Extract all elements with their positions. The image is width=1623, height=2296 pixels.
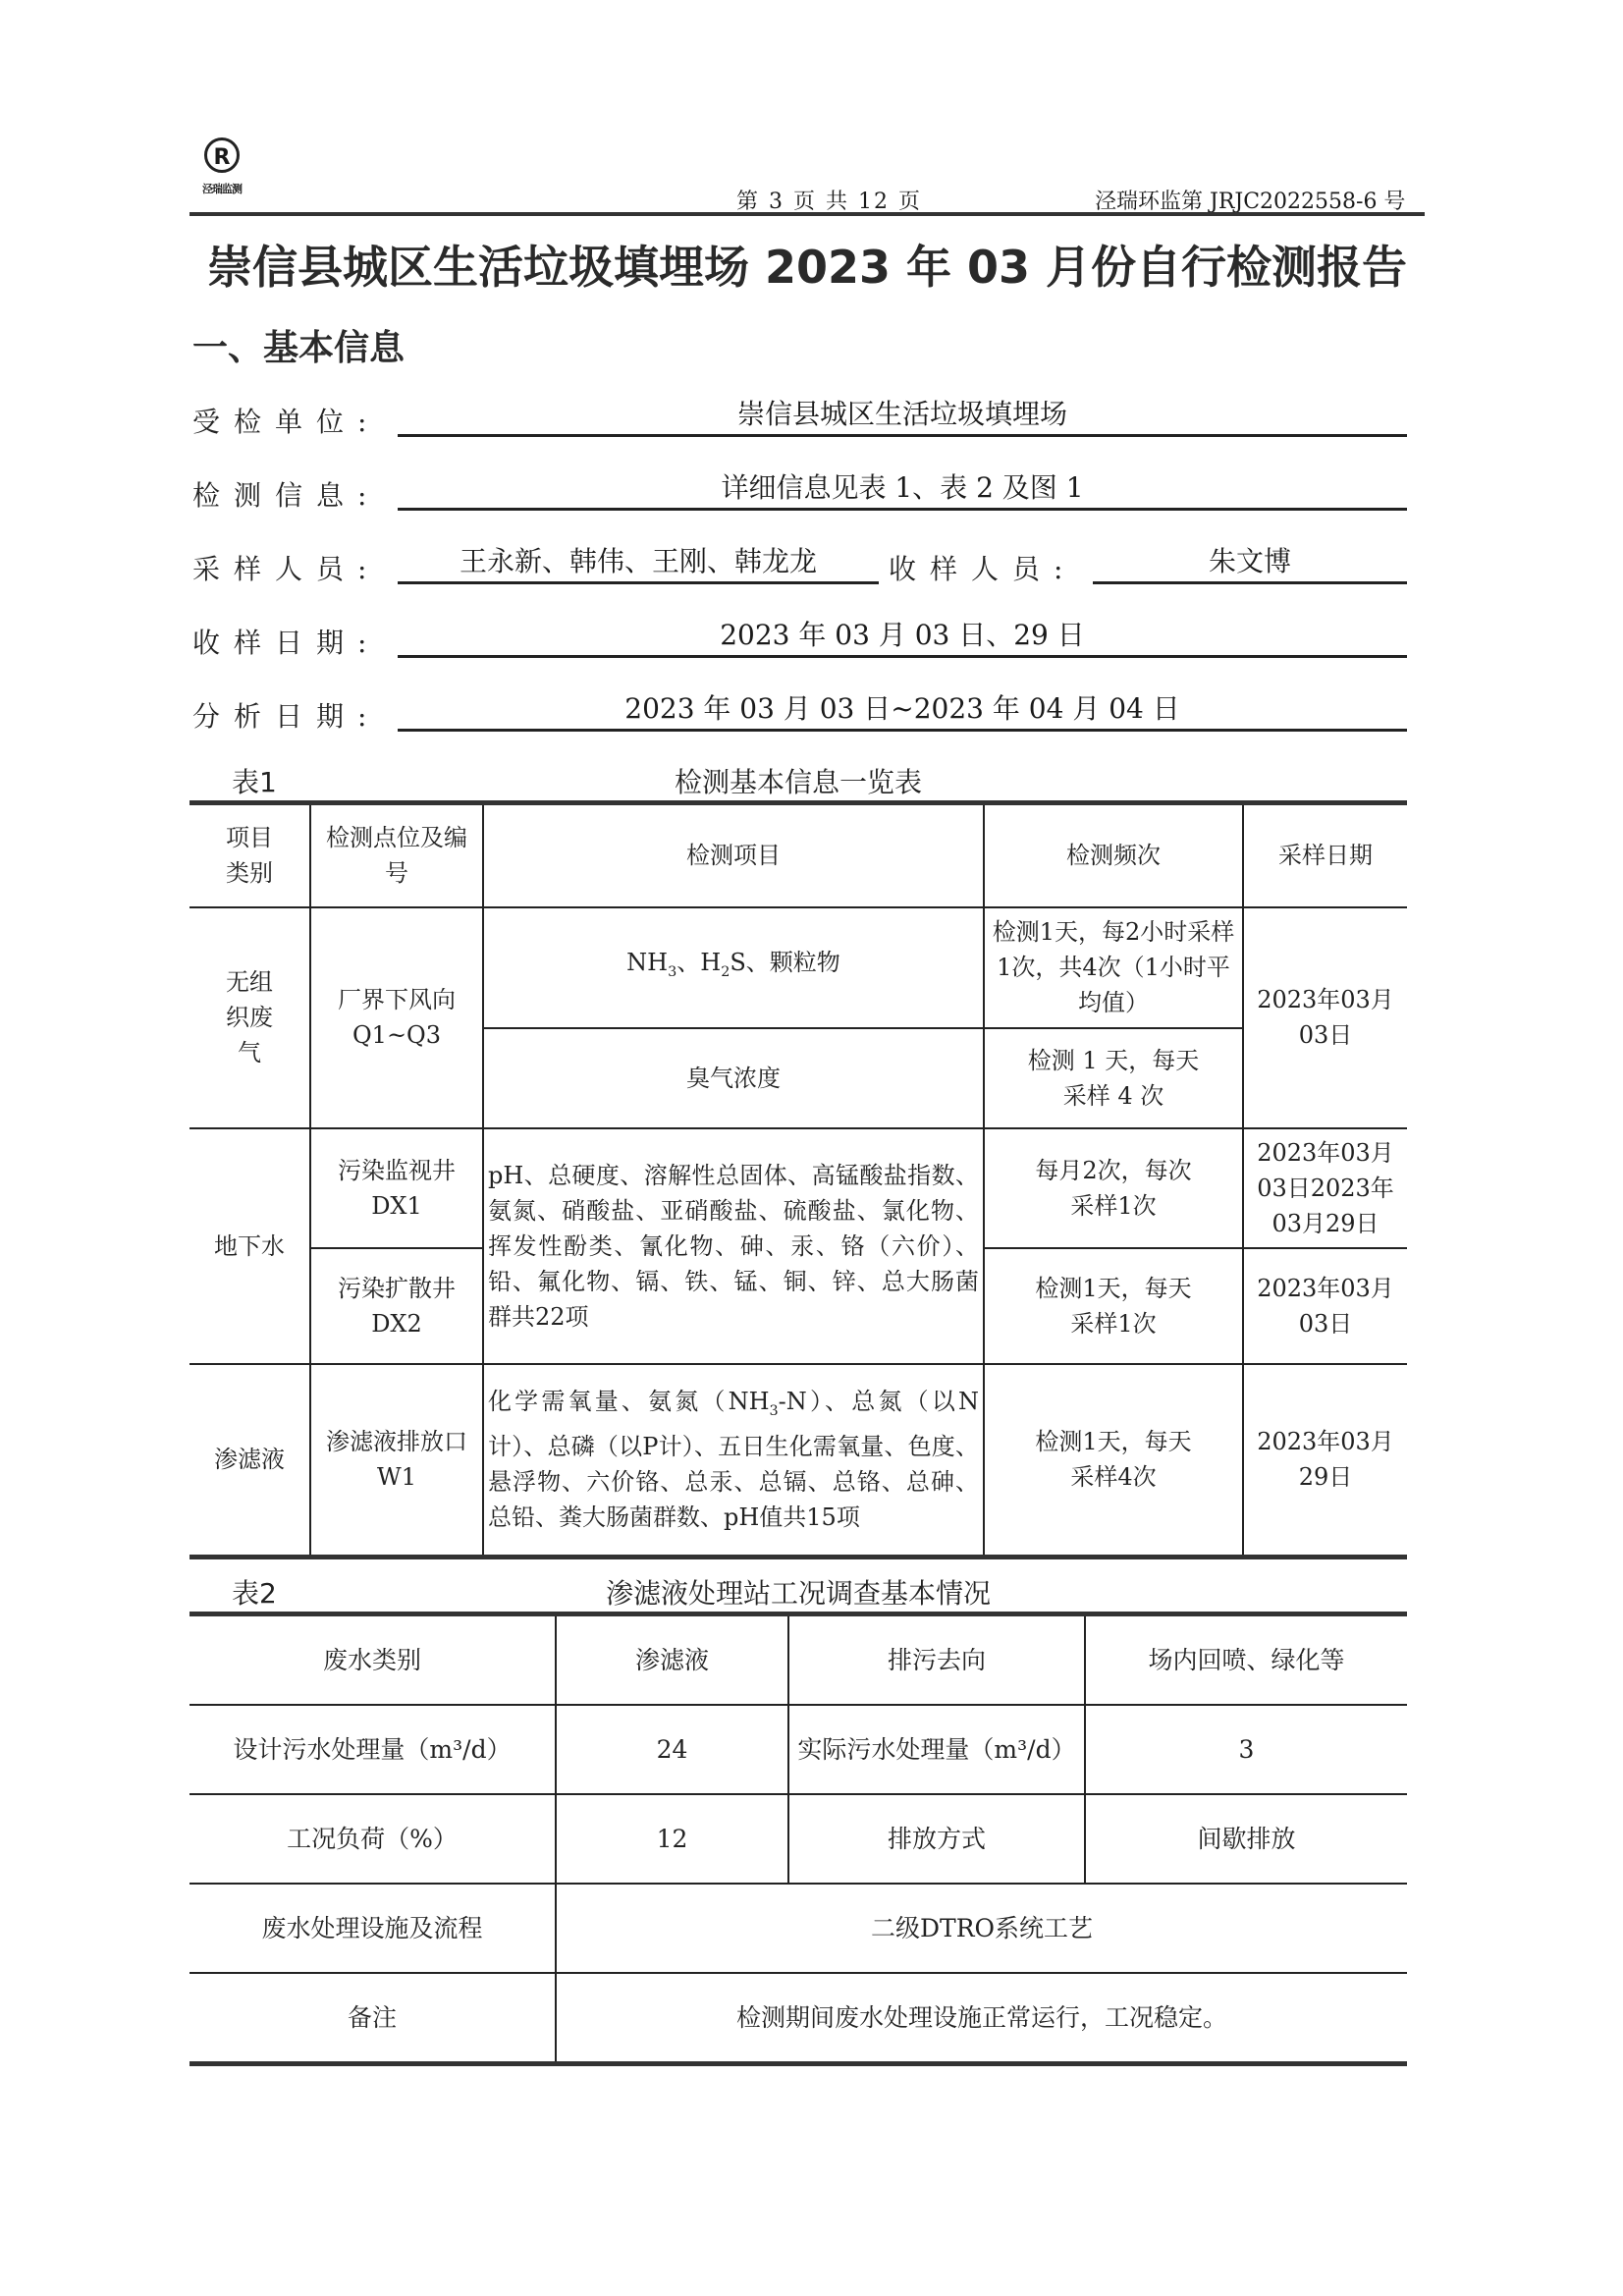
cell-value: 检测期间废水处理设施正常运行，工况稳定。 <box>556 1973 1407 2064</box>
cell-value: 12 <box>556 1794 788 1884</box>
field-value-receiver: 朱文博 <box>1093 542 1407 584</box>
cell-category-groundwater: 地下水 <box>189 1128 310 1364</box>
table-row: 地下水 污染监视井 DX1 pH、总硬度、溶解性总固体、高锰酸盐指数、氨氮、硝酸… <box>189 1128 1407 1248</box>
cell-date-air: 2023年03月03日 <box>1243 907 1407 1128</box>
field-value-analysis-date: 2023 年 03 月 03 日~2023 年 04 月 04 日 <box>398 689 1407 732</box>
cell-site-dx1: 污染监视井 DX1 <box>310 1128 483 1248</box>
field-value-receive-date: 2023 年 03 月 03 日、29 日 <box>398 616 1407 658</box>
cell-site-dx2: 污染扩散井 DX2 <box>310 1248 483 1364</box>
cell-label: 排放方式 <box>788 1794 1085 1884</box>
cell-freq-air-1: 检测1天，每2小时采样1次，共4次（1小时平均值） <box>984 907 1243 1028</box>
th-date: 采样日期 <box>1243 803 1407 907</box>
th-frequency: 检测频次 <box>984 803 1243 907</box>
table-row: 备注 检测期间废水处理设施正常运行，工况稳定。 <box>189 1973 1407 2064</box>
field-value-unit: 崇信县城区生活垃圾填埋场 <box>398 395 1407 437</box>
cell-freq-dx1: 每月2次，每次采样1次 <box>984 1128 1243 1248</box>
field-label-receiver: 收样人员: <box>889 548 1076 587</box>
section-heading: 一、基本信息 <box>192 320 405 370</box>
cell-category-air: 无组织废气 <box>189 907 310 1128</box>
cell-value: 3 <box>1085 1705 1407 1794</box>
field-label-receive-date: 收样日期: <box>192 622 380 661</box>
field-label-analysis-date: 分析日期: <box>192 695 380 735</box>
page-number: 第 3 页 共 12 页 <box>736 185 922 215</box>
table1-inspection-info: 项目类别 检测点位及编号 检测项目 检测频次 采样日期 无组织废气 厂界下风向 … <box>189 800 1407 1559</box>
cell-value: 间歇排放 <box>1085 1794 1407 1884</box>
table-row: 设计污水处理量（m³/d） 24 实际污水处理量（m³/d） 3 <box>189 1705 1407 1794</box>
table2-leachate-station: 废水类别 渗滤液 排污去向 场内回喷、绿化等 设计污水处理量（m³/d） 24 … <box>189 1612 1407 2066</box>
cell-label: 备注 <box>189 1973 556 2064</box>
cell-value: 24 <box>556 1705 788 1794</box>
table1-title: 检测基本信息一览表 <box>189 761 1407 800</box>
cell-date-dx1: 2023年03月03日2023年03月29日 <box>1243 1128 1407 1248</box>
cell-date-leachate: 2023年03月29日 <box>1243 1364 1407 1558</box>
cell-items-leachate: 化学需氧量、氨氮（NH3-N）、总氮（以N计）、总磷（以P计）、五日生化需氧量、… <box>483 1364 984 1558</box>
cell-label: 废水类别 <box>189 1614 556 1706</box>
field-label-sampler: 采样人员: <box>192 548 380 587</box>
table1-header-row: 项目类别 检测点位及编号 检测项目 检测频次 采样日期 <box>189 803 1407 907</box>
cell-items-air-2: 臭气浓度 <box>483 1028 984 1128</box>
cell-value: 场内回喷、绿化等 <box>1085 1614 1407 1706</box>
cell-label: 废水处理设施及流程 <box>189 1884 556 1973</box>
cell-site-air: 厂界下风向 Q1~Q3 <box>310 907 483 1128</box>
field-label-unit: 受检单位: <box>192 401 380 440</box>
field-label-info: 检测信息: <box>192 474 380 514</box>
field-value-info: 详细信息见表 1、表 2 及图 1 <box>398 468 1407 511</box>
cell-label: 设计污水处理量（m³/d） <box>189 1705 556 1794</box>
cell-items-air-1: NH3、H2S、颗粒物 <box>483 907 984 1028</box>
cell-label: 实际污水处理量（m³/d） <box>788 1705 1085 1794</box>
cell-items-groundwater: pH、总硬度、溶解性总固体、高锰酸盐指数、氨氮、硝酸盐、亚硝酸盐、硫酸盐、氯化物… <box>483 1128 984 1364</box>
company-logo: R 泾瑞监测 <box>192 137 251 206</box>
table2-title: 渗滤液处理站工况调查基本情况 <box>189 1572 1407 1612</box>
header-divider <box>189 212 1425 216</box>
table-row: 废水类别 渗滤液 排污去向 场内回喷、绿化等 <box>189 1614 1407 1706</box>
table-row: 渗滤液 渗滤液排放口 W1 化学需氧量、氨氮（NH3-N）、总氮（以N计）、总磷… <box>189 1364 1407 1558</box>
logo-r-icon: R <box>204 137 240 173</box>
document-title: 崇信县城区生活垃圾填埋场 2023 年 03 月份自行检测报告 <box>189 232 1425 297</box>
th-site: 检测点位及编号 <box>310 803 483 907</box>
th-items: 检测项目 <box>483 803 984 907</box>
cell-freq-air-2: 检测 1 天，每天采样 4 次 <box>984 1028 1243 1128</box>
cell-date-dx2: 2023年03月03日 <box>1243 1248 1407 1364</box>
th-category: 项目类别 <box>189 803 310 907</box>
field-value-sampler: 王永新、韩伟、王刚、韩龙龙 <box>398 542 879 584</box>
report-number: 泾瑞环监第 JRJC2022558-6 号 <box>1095 185 1405 215</box>
cell-value: 二级DTRO系统工艺 <box>556 1884 1407 1973</box>
logo-text: 泾瑞监测 <box>192 181 251 196</box>
table-row: 废水处理设施及流程 二级DTRO系统工艺 <box>189 1884 1407 1973</box>
cell-label: 工况负荷（%） <box>189 1794 556 1884</box>
cell-freq-dx2: 检测1天，每天采样1次 <box>984 1248 1243 1364</box>
cell-category-leachate: 渗滤液 <box>189 1364 310 1558</box>
cell-value: 渗滤液 <box>556 1614 788 1706</box>
cell-site-leachate: 渗滤液排放口 W1 <box>310 1364 483 1558</box>
table-row: 无组织废气 厂界下风向 Q1~Q3 NH3、H2S、颗粒物 检测1天，每2小时采… <box>189 907 1407 1028</box>
cell-freq-leachate: 检测1天，每天采样4次 <box>984 1364 1243 1558</box>
cell-label: 排污去向 <box>788 1614 1085 1706</box>
table-row: 工况负荷（%） 12 排放方式 间歇排放 <box>189 1794 1407 1884</box>
